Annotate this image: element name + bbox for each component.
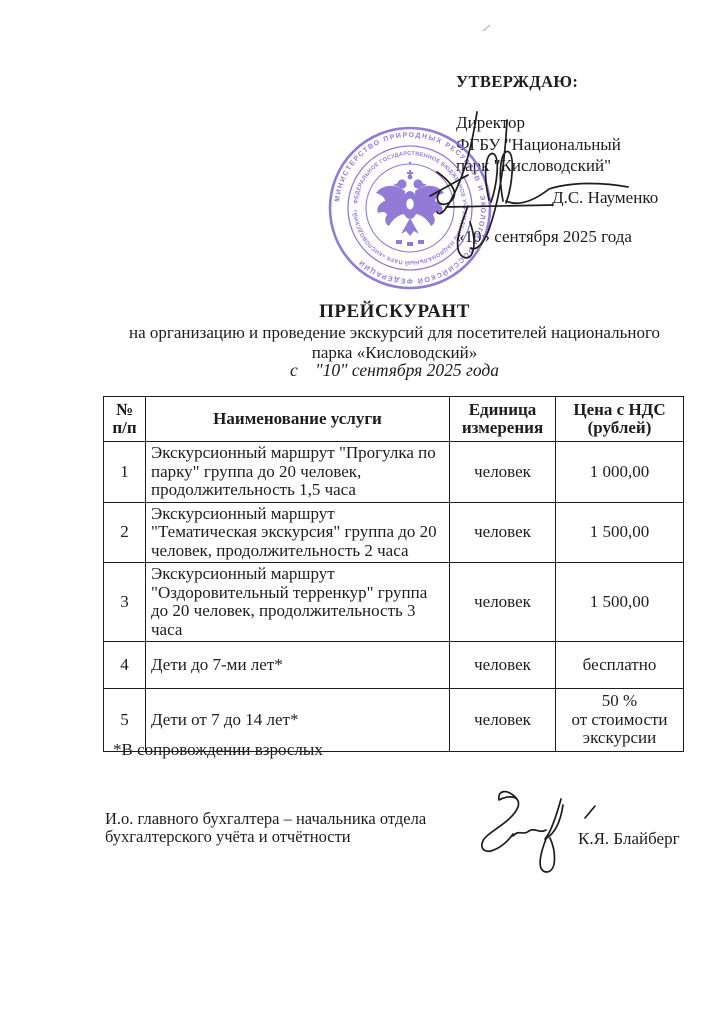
- header-unit: Единица измерения: [450, 397, 556, 442]
- scan-artifact: [483, 25, 490, 31]
- document-effective-date: с "10" сентября 2025 года: [103, 360, 686, 381]
- row-number-cell: 4: [104, 642, 146, 689]
- table-row: 4 Дети до 7-ми лет* человек бесплатно: [104, 642, 684, 689]
- price-cell: 1 500,00: [556, 502, 684, 563]
- table-footnote: *В сопровождении взрослых: [113, 740, 323, 760]
- service-name-cell: Дети до 7-ми лет*: [146, 642, 450, 689]
- official-round-stamp: МИНИСТЕРСТВО ПРИРОДНЫХ РЕСУРСОВ И ЭКОЛОГ…: [328, 126, 492, 290]
- unit-cell: человек: [450, 502, 556, 563]
- unit-cell: человек: [450, 442, 556, 503]
- table-header-row: № п/п Наименование услуги Единица измере…: [104, 397, 684, 442]
- service-name-cell: Экскурсионный маршрут "Прогулка по парку…: [146, 442, 450, 503]
- price-cell: 1 500,00: [556, 563, 684, 642]
- unit-cell: человек: [450, 642, 556, 689]
- row-number-cell: 3: [104, 563, 146, 642]
- approval-heading: УТВЕРЖДАЮ:: [456, 72, 578, 92]
- accountant-name: К.Я. Блайберг: [578, 829, 680, 849]
- director-name: Д.С. Науменко: [552, 188, 658, 208]
- document-subtitle-line1: на организацию и проведение экскурсий дл…: [103, 323, 686, 343]
- service-name-cell: Экскурсионный маршрут "Оздоровительный т…: [146, 563, 450, 642]
- service-name-cell: Экскурсионный маршрут "Тематическая экск…: [146, 502, 450, 563]
- document-title: ПРЕЙСКУРАНТ: [103, 301, 686, 323]
- double-headed-eagle-emblem: [376, 162, 444, 246]
- price-cell: 1 000,00: [556, 442, 684, 503]
- header-number: № п/п: [104, 397, 146, 442]
- table-row: 1 Экскурсионный маршрут "Прогулка по пар…: [104, 442, 684, 503]
- unit-cell: человек: [450, 689, 556, 752]
- table-row: 3 Экскурсионный маршрут "Оздоровительный…: [104, 563, 684, 642]
- table-row: 2 Экскурсионный маршрут "Тематическая эк…: [104, 502, 684, 563]
- row-number-cell: 2: [104, 502, 146, 563]
- unit-cell: человек: [450, 563, 556, 642]
- price-table: № п/п Наименование услуги Единица измере…: [103, 396, 684, 752]
- header-service: Наименование услуги: [146, 397, 450, 442]
- row-number-cell: 1: [104, 442, 146, 503]
- header-price: Цена с НДС (рублей): [556, 397, 684, 442]
- price-cell: 50 % от стоимости экскурсии: [556, 689, 684, 752]
- price-list-document-page: УТВЕРЖДАЮ: Директор ФГБУ "Национальный п…: [0, 0, 724, 1024]
- accountant-position: И.о. главного бухгалтера – начальника от…: [105, 810, 426, 845]
- price-cell: бесплатно: [556, 642, 684, 689]
